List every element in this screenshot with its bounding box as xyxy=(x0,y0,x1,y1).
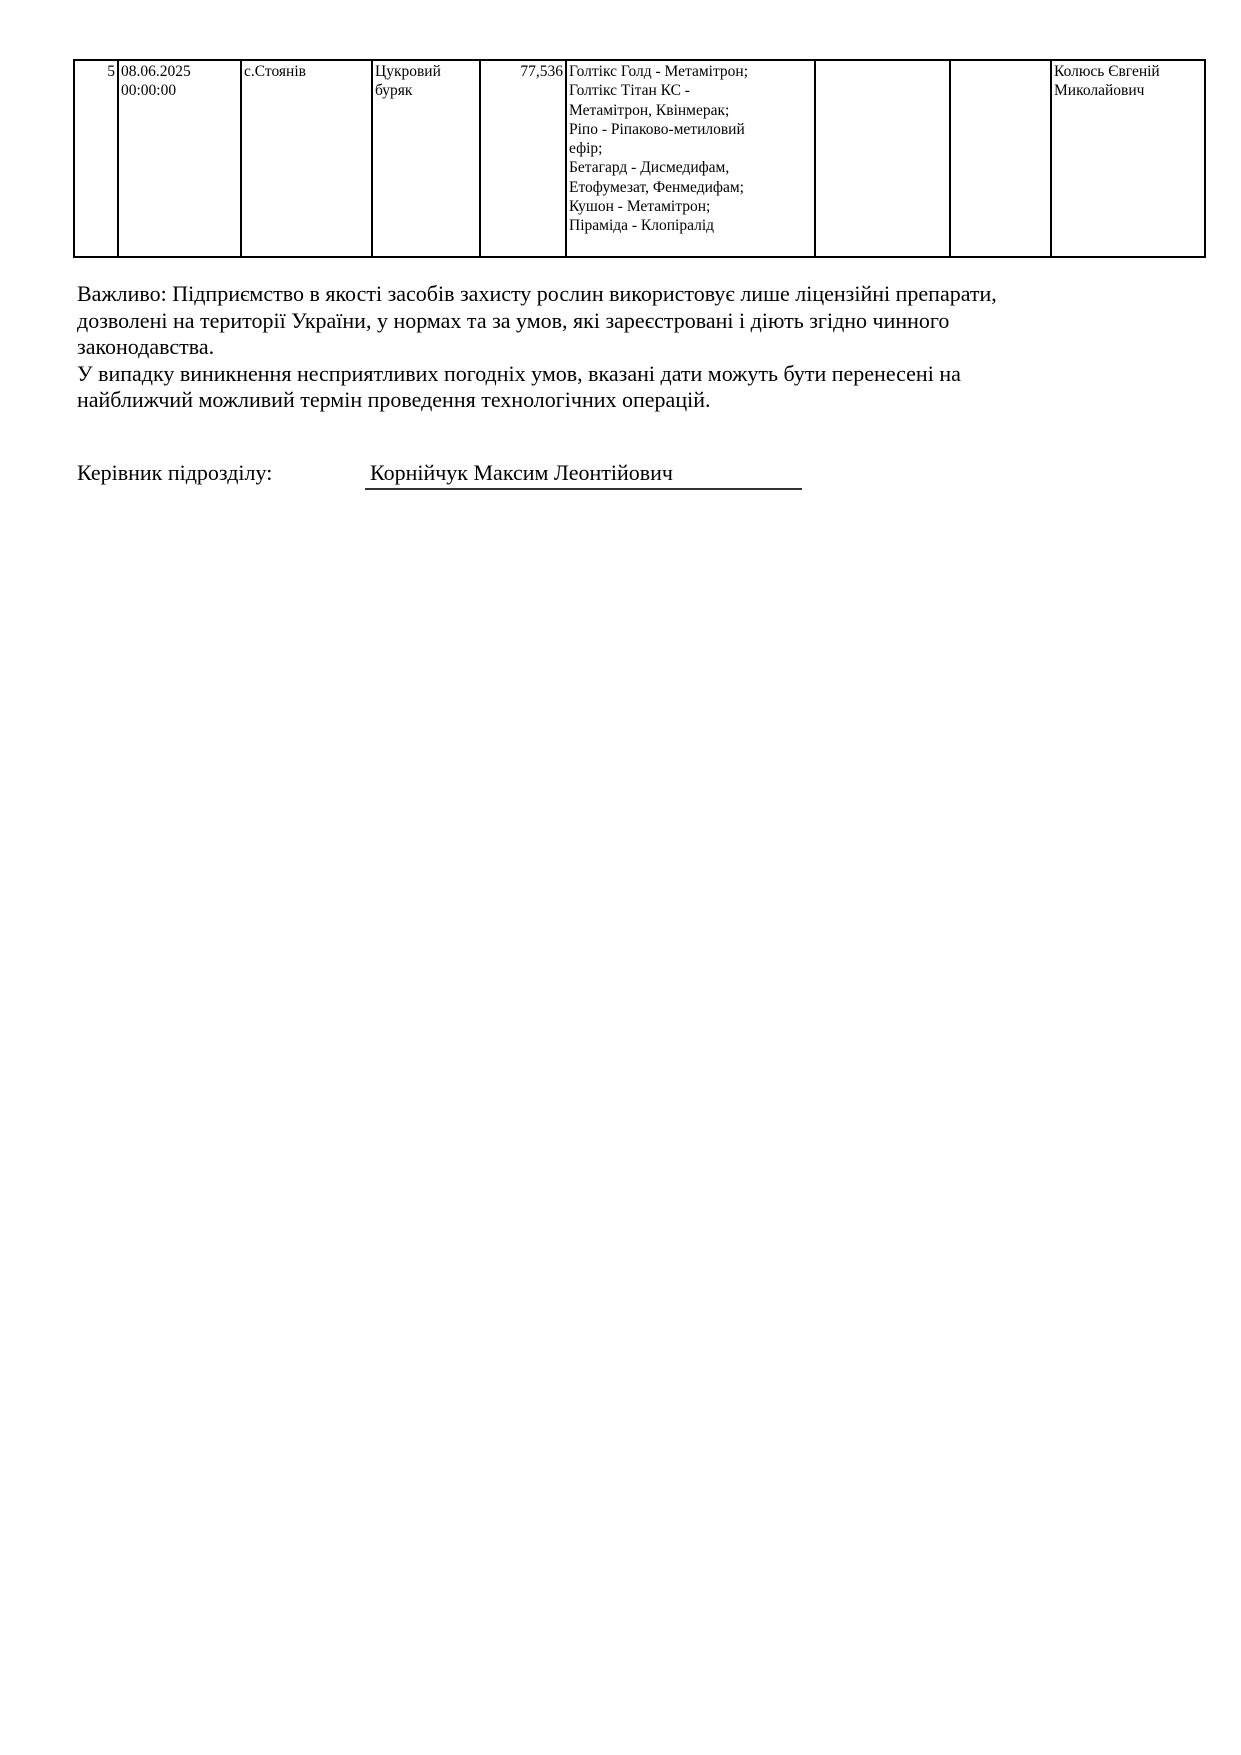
notice-line: У випадку виникнення несприятливих погод… xyxy=(77,361,1197,388)
empty-cell-2 xyxy=(950,60,1051,257)
crop-name-line-2: буряк xyxy=(375,81,477,100)
signature-label: Керівник підрозділу: xyxy=(77,460,272,486)
village-name: с.Стоянів xyxy=(244,63,306,80)
crop-cell: Цукровий буряк xyxy=(372,60,480,257)
responsible-name-line-2: Миколайович xyxy=(1054,81,1202,100)
notice-line: законодавства. xyxy=(77,334,1197,361)
table-row: 5 08.06.2025 00:00:00 с.Стоянів Цукровий… xyxy=(74,60,1205,257)
notice-line: найближчий можливий термін проведення те… xyxy=(77,387,1197,414)
responsible-name-line-1: Колюсь Євгеній xyxy=(1054,62,1202,81)
preparation-line: Голтікс Тітан КС - xyxy=(569,81,812,100)
signature-name-line: Корнійчук Максим Леонтійович xyxy=(365,460,802,490)
date-cell: 08.06.2025 00:00:00 xyxy=(118,60,241,257)
document-page: 5 08.06.2025 00:00:00 с.Стоянів Цукровий… xyxy=(0,0,1241,1755)
preparation-line: Голтікс Голд - Метамітрон; xyxy=(569,62,812,81)
date-value: 08.06.2025 xyxy=(121,62,238,81)
preparation-line: Етофумезат, Фенмедифам; xyxy=(569,178,812,197)
village-cell: с.Стоянів xyxy=(241,60,372,257)
preparation-line: Ріпо - Ріпаково-метиловий xyxy=(569,120,812,139)
treatment-plan-table: 5 08.06.2025 00:00:00 с.Стоянів Цукровий… xyxy=(73,59,1206,258)
notice-line: Важливо: Підприємство в якості засобів з… xyxy=(77,281,1197,308)
preparation-line: Бетагард - Дисмедифам, xyxy=(569,158,812,177)
notice-line: дозволені на території України, у нормах… xyxy=(77,308,1197,335)
empty-cell-1 xyxy=(815,60,950,257)
important-notice: Важливо: Підприємство в якості засобів з… xyxy=(77,281,1197,414)
area-value: 77,536 xyxy=(520,63,563,80)
row-number-cell: 5 xyxy=(74,60,118,257)
responsible-cell: Колюсь Євгеній Миколайович xyxy=(1051,60,1205,257)
preparations-cell: Голтікс Голд - Метамітрон; Голтікс Тітан… xyxy=(566,60,815,257)
time-value: 00:00:00 xyxy=(121,81,238,100)
preparation-line: ефір; xyxy=(569,139,812,158)
area-cell: 77,536 xyxy=(480,60,566,257)
signatory-name: Корнійчук Максим Леонтійович xyxy=(370,460,673,485)
preparation-line: Кушон - Метамітрон; xyxy=(569,197,812,216)
preparation-line: Піраміда - Клопіралід xyxy=(569,216,812,235)
preparation-line: Метамітрон, Квінмерак; xyxy=(569,101,812,120)
row-number: 5 xyxy=(107,63,115,80)
crop-name-line-1: Цукровий xyxy=(375,62,477,81)
